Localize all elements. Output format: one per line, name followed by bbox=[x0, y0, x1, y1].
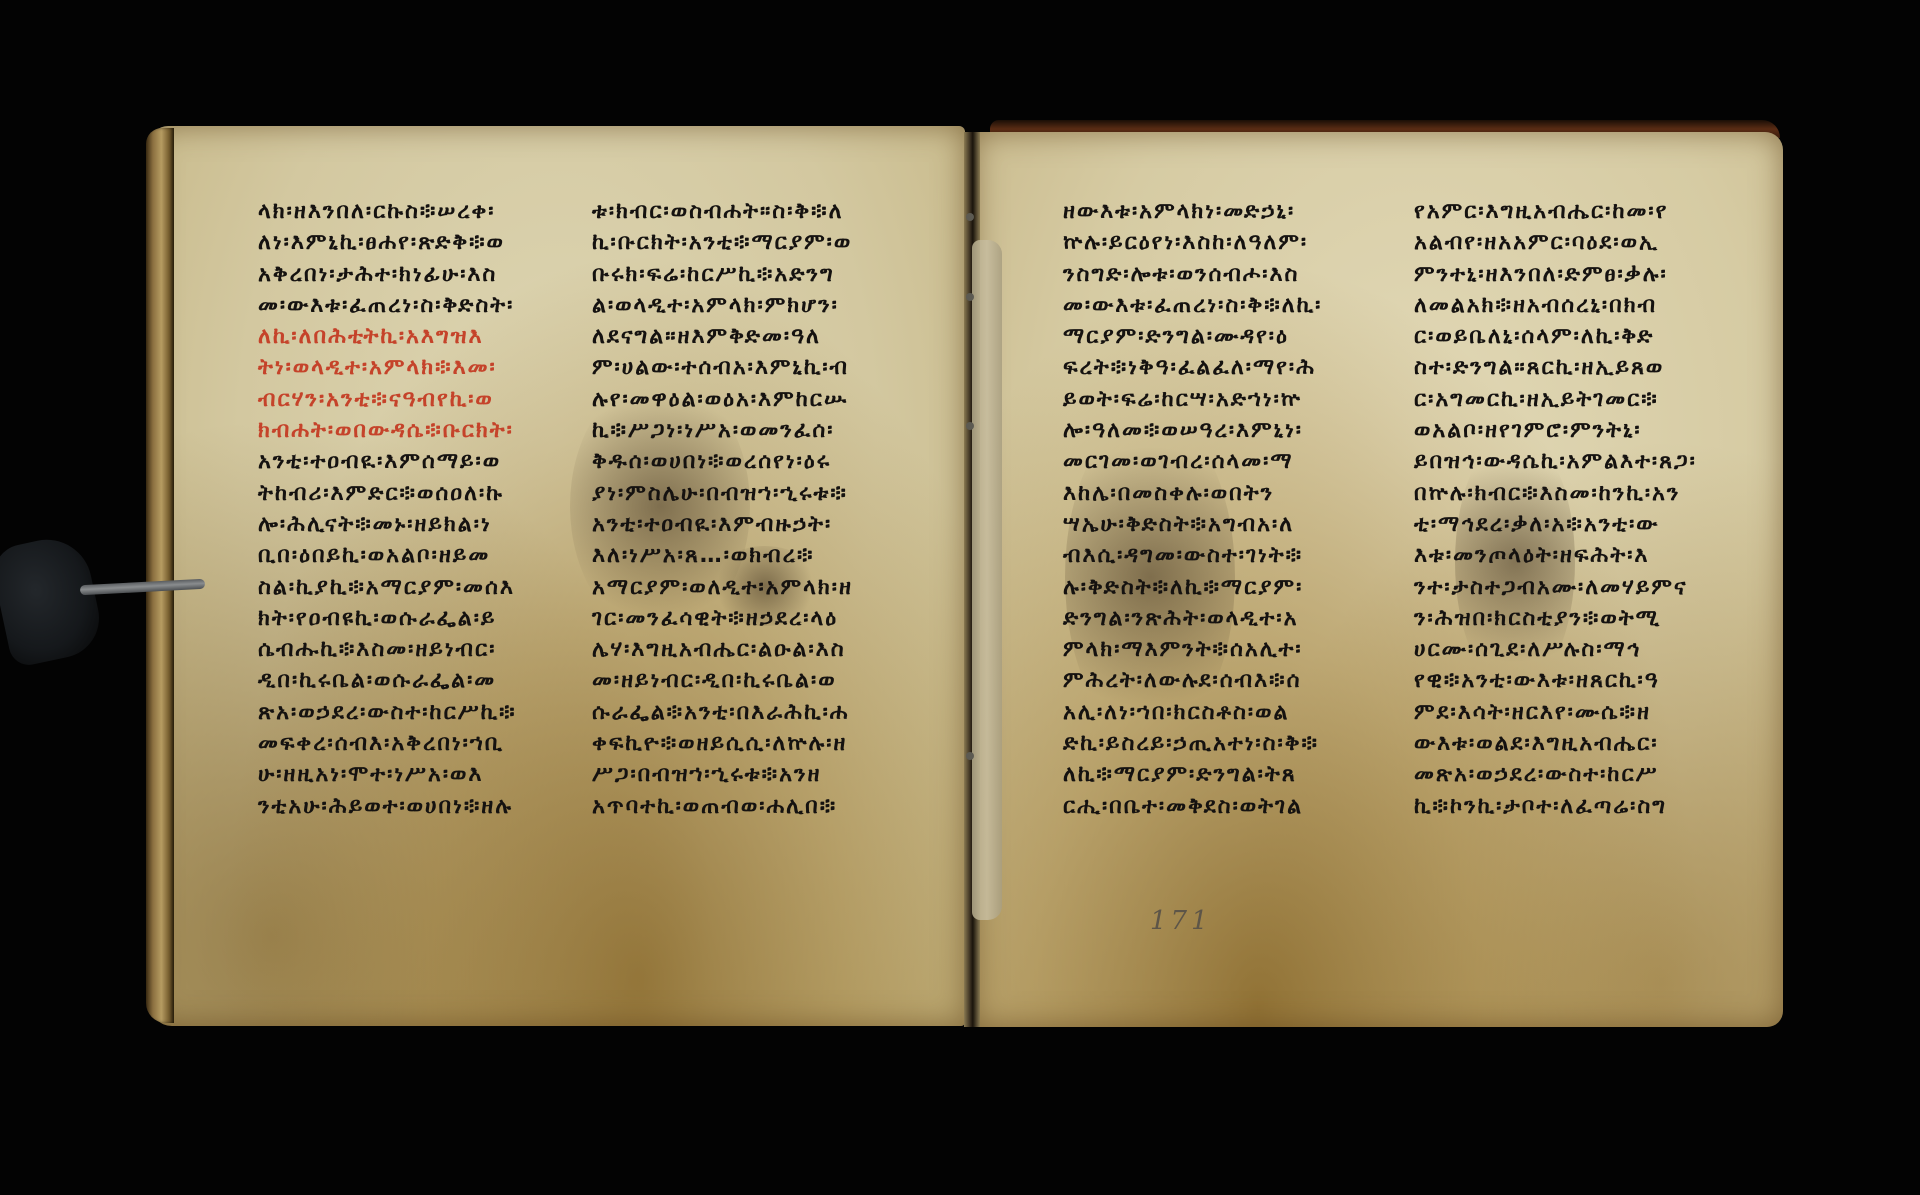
text-line: አልብየ፡ዘአአምር፡ባዕደ፡ወኢ bbox=[1414, 227, 1697, 258]
text-line: ገር፡መንፈሳዊት፨ዘኃደረ፡ላዕ bbox=[592, 603, 853, 634]
text-line: ለመልአክ፨ዘአብሰረኒ፡በክብ bbox=[1414, 290, 1697, 321]
text-line: ሀርሙ፡ሰጊደ፡ለሥሉስ፡ማኅ bbox=[1414, 634, 1697, 665]
text-line: ይወት፡ፍሬ፡ከርሣ፡አድኀነ፡ኵ bbox=[1063, 384, 1322, 415]
text-line: ም፡ሀልው፡ተሰብአ፡እምኒኪ፡ብ bbox=[592, 352, 853, 383]
text-line: መርገመ፡ወገብረ፡ሰላመ፡ማ bbox=[1063, 446, 1322, 477]
text-column-1: ላክ፡ዘእንበለ፡ርኩስ፨ሠረቀ፡ ለነ፡እምኒኪ፡ፀሐየ፡ጽድቅ፨ወ አቅረበ… bbox=[258, 196, 517, 822]
text-line: ኵሉ፡ይርዕየነ፡እስከ፡ለዓለም፡ bbox=[1063, 227, 1322, 258]
text-line: ድንግል፡ንጽሕት፡ወላዲተ፡አ bbox=[1063, 603, 1322, 634]
text-line: ክት፡የዐብዩኪ፡ወሱራፌል፡ይ bbox=[258, 603, 517, 634]
text-line: አጥባተኪ፡ወጠብወ፡ሐሊበ፨ bbox=[592, 791, 853, 822]
text-line: አንቲ፡ተዐብዪ፡እምብዙኃት፡ bbox=[592, 509, 853, 540]
text-line: ላክ፡ዘእንበለ፡ርኩስ፨ሠረቀ፡ bbox=[258, 196, 517, 227]
text-line: ያነ፡ምስሌሁ፡በብዝኀ፡ኂሩቱ፨ bbox=[592, 478, 853, 509]
bookmark-cloth bbox=[0, 531, 106, 668]
text-column-2: ቱ፡ክብር፡ወስብሐት።ስ፡ቅ፨ለ ኪ፡ቡርክት፡አንቲ፨ማርያም፡ወ ቡሩክ፡… bbox=[592, 196, 853, 822]
text-line: ቅዱሰ፡ወሀበነ፨ወረሰየነ፡ዕሩ bbox=[592, 446, 853, 477]
text-line: ወአልቦ፡ዘየገምሮ፡ምንትኒ፡ bbox=[1414, 415, 1697, 446]
text-line: ሣኤሁ፡ቅድስት፨አግብአ፡ለ bbox=[1063, 509, 1322, 540]
text-line: ን፡ሕዝበ፡ክርስቲያን፨ወትሚ bbox=[1414, 603, 1697, 634]
text-line: ሉየ፡መዋዕል፡ወዕአ፡እምከርሡ bbox=[592, 384, 853, 415]
text-line: ዘውእቱ፡አምላክነ፡መድኃኒ፡ bbox=[1063, 196, 1322, 227]
text-line: ቲ፡ማኅደረ፡ቃለ፡አ፨አንቲ፡ው bbox=[1414, 509, 1697, 540]
text-line: ቱ፡ክብር፡ወስብሐት።ስ፡ቅ፨ለ bbox=[592, 196, 853, 227]
text-line: ሎ፡ዓለመ፨ወሠዓረ፡እምኒነ፡ bbox=[1063, 415, 1322, 446]
text-line: ሱራፌል፨አንቲ፡በእራሕኪ፡ሐ bbox=[592, 697, 853, 728]
text-line: እቱ፡መንጦላዕት፡ዘፍሕት፡እ bbox=[1414, 540, 1697, 571]
stitch-hole bbox=[966, 422, 974, 430]
text-line: ይበዝኅ፡ውዳሴኪ፡አምልእተ፡ጸጋ፡ bbox=[1414, 446, 1697, 477]
text-line: ኪ፡ቡርክት፡አንቲ፨ማርያም፡ወ bbox=[592, 227, 853, 258]
text-line: ምደ፡እሳት፡ዘርእየ፡ሙሴ፨ዘ bbox=[1414, 697, 1697, 728]
left-page-edge bbox=[146, 128, 174, 1023]
text-line: ትከብሪ፡እምድር፨ወሰዐለ፡ኩ bbox=[258, 478, 517, 509]
stitch-hole bbox=[966, 213, 974, 221]
text-line: መ፡ውእቱ፡ፈጠረነ፡ስ፡ቅድስት፡ bbox=[258, 290, 517, 321]
text-line: ሥጋ፡በብዝኀ፡ኂሩቱ፨አንዘ bbox=[592, 759, 853, 790]
text-line: መፍቀረ፡ሰብእ፡አቅረበነ፡ኀቢ bbox=[258, 728, 517, 759]
text-line: ድኪ፡ይስረይ፡ኃጢአተነ፡ስ፡ቅ፨ bbox=[1063, 728, 1322, 759]
text-line: አማርያም፡ወለዲተ፡አምላክ፡ዘ bbox=[592, 572, 853, 603]
rubric-line: ለኪ፡ለበሕቲትኪ፡አእግዝእ bbox=[258, 321, 517, 352]
text-line: ምንተኒ፡ዘእንበለ፡ድምፀ፡ቃሉ፡ bbox=[1414, 259, 1697, 290]
text-line: ምላክ፡ማእምንት፨ሰአሊተ፡ bbox=[1063, 634, 1322, 665]
text-line: ሴብሑኪ፨እስመ፡ዘይነብር፡ bbox=[258, 634, 517, 665]
text-line: መጽአ፡ወኃደረ፡ውስተ፡ከርሥ bbox=[1414, 759, 1697, 790]
text-line: ንቲአሁ፡ሕይወተ፡ወሀበነ፨ዘሉ bbox=[258, 791, 517, 822]
sewing-guard-strip bbox=[972, 240, 1002, 920]
text-line: ቀፍኪዮ፨ወዘይሲሲ፡ለኵሉ፡ዘ bbox=[592, 728, 853, 759]
text-line: ብእሲ፡ዳግመ፡ውስተ፡ገነት፨ bbox=[1063, 540, 1322, 571]
text-line: አቅረበነ፡ታሕተ፡ክነፊሁ፡እስ bbox=[258, 259, 517, 290]
text-line: ውእቱ፡ወልደ፡እግዚአብሔር፡ bbox=[1414, 728, 1697, 759]
text-line: ሉ፡ቅድስት፨ለኪ፨ማርያም፡ bbox=[1063, 572, 1322, 603]
folio-number: 171 bbox=[1150, 906, 1212, 936]
rubric-line: ብርሃን፡አንቲ፨ናዓብየኪ፡ወ bbox=[258, 384, 517, 415]
text-line: ሌሃ፡እግዚአብሔር፡ልዑል፡እስ bbox=[592, 634, 853, 665]
text-line: ንተ፡ታስተጋብአሙ፡ለመሃይምና bbox=[1414, 572, 1697, 603]
text-line: ንስግድ፡ሎቱ፡ወንሰብሖ፡እስ bbox=[1063, 259, 1322, 290]
stitch-hole bbox=[966, 293, 974, 301]
text-line: ቢበ፡ዕበይኪ፡ወአልቦ፡ዘይመ bbox=[258, 540, 517, 571]
text-line: ር፡ወይቤለኒ፡ሰላም፡ለኪ፡ቅድ bbox=[1414, 321, 1697, 352]
text-line: ቡሩክ፡ፍሬ፡ከርሥኪ፨አድንግ bbox=[592, 259, 853, 290]
text-line: በኵሉ፡ክብር፨እስመ፡ከንኪ፡አን bbox=[1414, 478, 1697, 509]
text-line: ስተ፡ድንግል።ጸርኪ፡ዘኢይጸወ bbox=[1414, 352, 1697, 383]
text-line: መ፡ውእቱ፡ፈጠረነ፡ስ፡ቅ፨ለኪ፡ bbox=[1063, 290, 1322, 321]
rubric-line: ክብሐት፡ወበውዳሴ፨ቡርክት፡ bbox=[258, 415, 517, 446]
text-line: ፍረት፨ነቅዓ፡ፈልፈለ፡ማየ፡ሕ bbox=[1063, 352, 1322, 383]
text-line: የአምር፡እግዚአብሔር፡ከመ፡የ bbox=[1414, 196, 1697, 227]
stitch-hole bbox=[966, 752, 974, 760]
text-line: አሊ፡ለነ፡ኀበ፡ክርስቶስ፡ወል bbox=[1063, 697, 1322, 728]
text-line: ር፡አግመርኪ፡ዘኢይትገመር፨ bbox=[1414, 384, 1697, 415]
text-line: ሎ፡ሕሊናት፨መኑ፡ዘይክል፡ነ bbox=[258, 509, 517, 540]
text-line: ል፡ወላዲተ፡አምላክ፡ምክሆን፡ bbox=[592, 290, 853, 321]
text-line: መ፡ዘይነብር፡ዲበ፡ኪሩቤል፡ወ bbox=[592, 665, 853, 696]
text-line: የዊ፨አንቲ፡ውእቱ፡ዘጸርኪ፡ዓ bbox=[1414, 665, 1697, 696]
text-line: ርሒ፡በቤተ፡መቅደስ፡ወትገል bbox=[1063, 791, 1322, 822]
text-line: አንቲ፡ተዐብዪ፡እምሰማይ፡ወ bbox=[258, 446, 517, 477]
text-line: ዲበ፡ኪሩቤል፡ወሱራፌል፡መ bbox=[258, 665, 517, 696]
text-line: ለደናግል።ዘእምቅድመ፡ዓለ bbox=[592, 321, 853, 352]
text-line: ማርያም፡ድንግል፡ሙዳየ፡ዕ bbox=[1063, 321, 1322, 352]
rubric-line: ትነ፡ወላዲተ፡አምላክ፨እመ፡ bbox=[258, 352, 517, 383]
text-line: ለነ፡እምኒኪ፡ፀሐየ፡ጽድቅ፨ወ bbox=[258, 227, 517, 258]
text-line: ኪ፨ሥጋነ፡ነሥአ፡ወመንፈሰ፡ bbox=[592, 415, 853, 446]
text-column-3: ዘውእቱ፡አምላክነ፡መድኃኒ፡ ኵሉ፡ይርዕየነ፡እስከ፡ለዓለም፡ ንስግድ… bbox=[1063, 196, 1322, 822]
manuscript-photo: ላክ፡ዘእንበለ፡ርኩስ፨ሠረቀ፡ ለነ፡እምኒኪ፡ፀሐየ፡ጽድቅ፨ወ አቅረበ… bbox=[0, 0, 1920, 1195]
text-line: እለ፡ነሥአ፡ጸ…፡ወክብረ፨ bbox=[592, 540, 853, 571]
text-line: ስል፡ኪያኪ፨አማርያም፡መሰእ bbox=[258, 572, 517, 603]
text-line: ለኪ፨ማርያም፡ድንግል፡ትጸ bbox=[1063, 759, 1322, 790]
text-line: እከሌ፡በመስቀሉ፡ወበትን bbox=[1063, 478, 1322, 509]
text-column-4: የአምር፡እግዚአብሔር፡ከመ፡የ አልብየ፡ዘአአምር፡ባዕደ፡ወኢ ምንተኒ… bbox=[1414, 196, 1697, 822]
text-line: ኪ፨ኮንኪ፡ታቦተ፡ለፈጣሬ፡ስግ bbox=[1414, 791, 1697, 822]
text-line: ጽአ፡ወኃደረ፡ውስተ፡ከርሥኪ፨ bbox=[258, 697, 517, 728]
text-line: ሁ፡ዘዚአነ፡ሞተ፡ነሥአ፡ወእ bbox=[258, 759, 517, 790]
text-line: ምሕረት፡ለውሉደ፡ሰብእ፨ሰ bbox=[1063, 665, 1322, 696]
